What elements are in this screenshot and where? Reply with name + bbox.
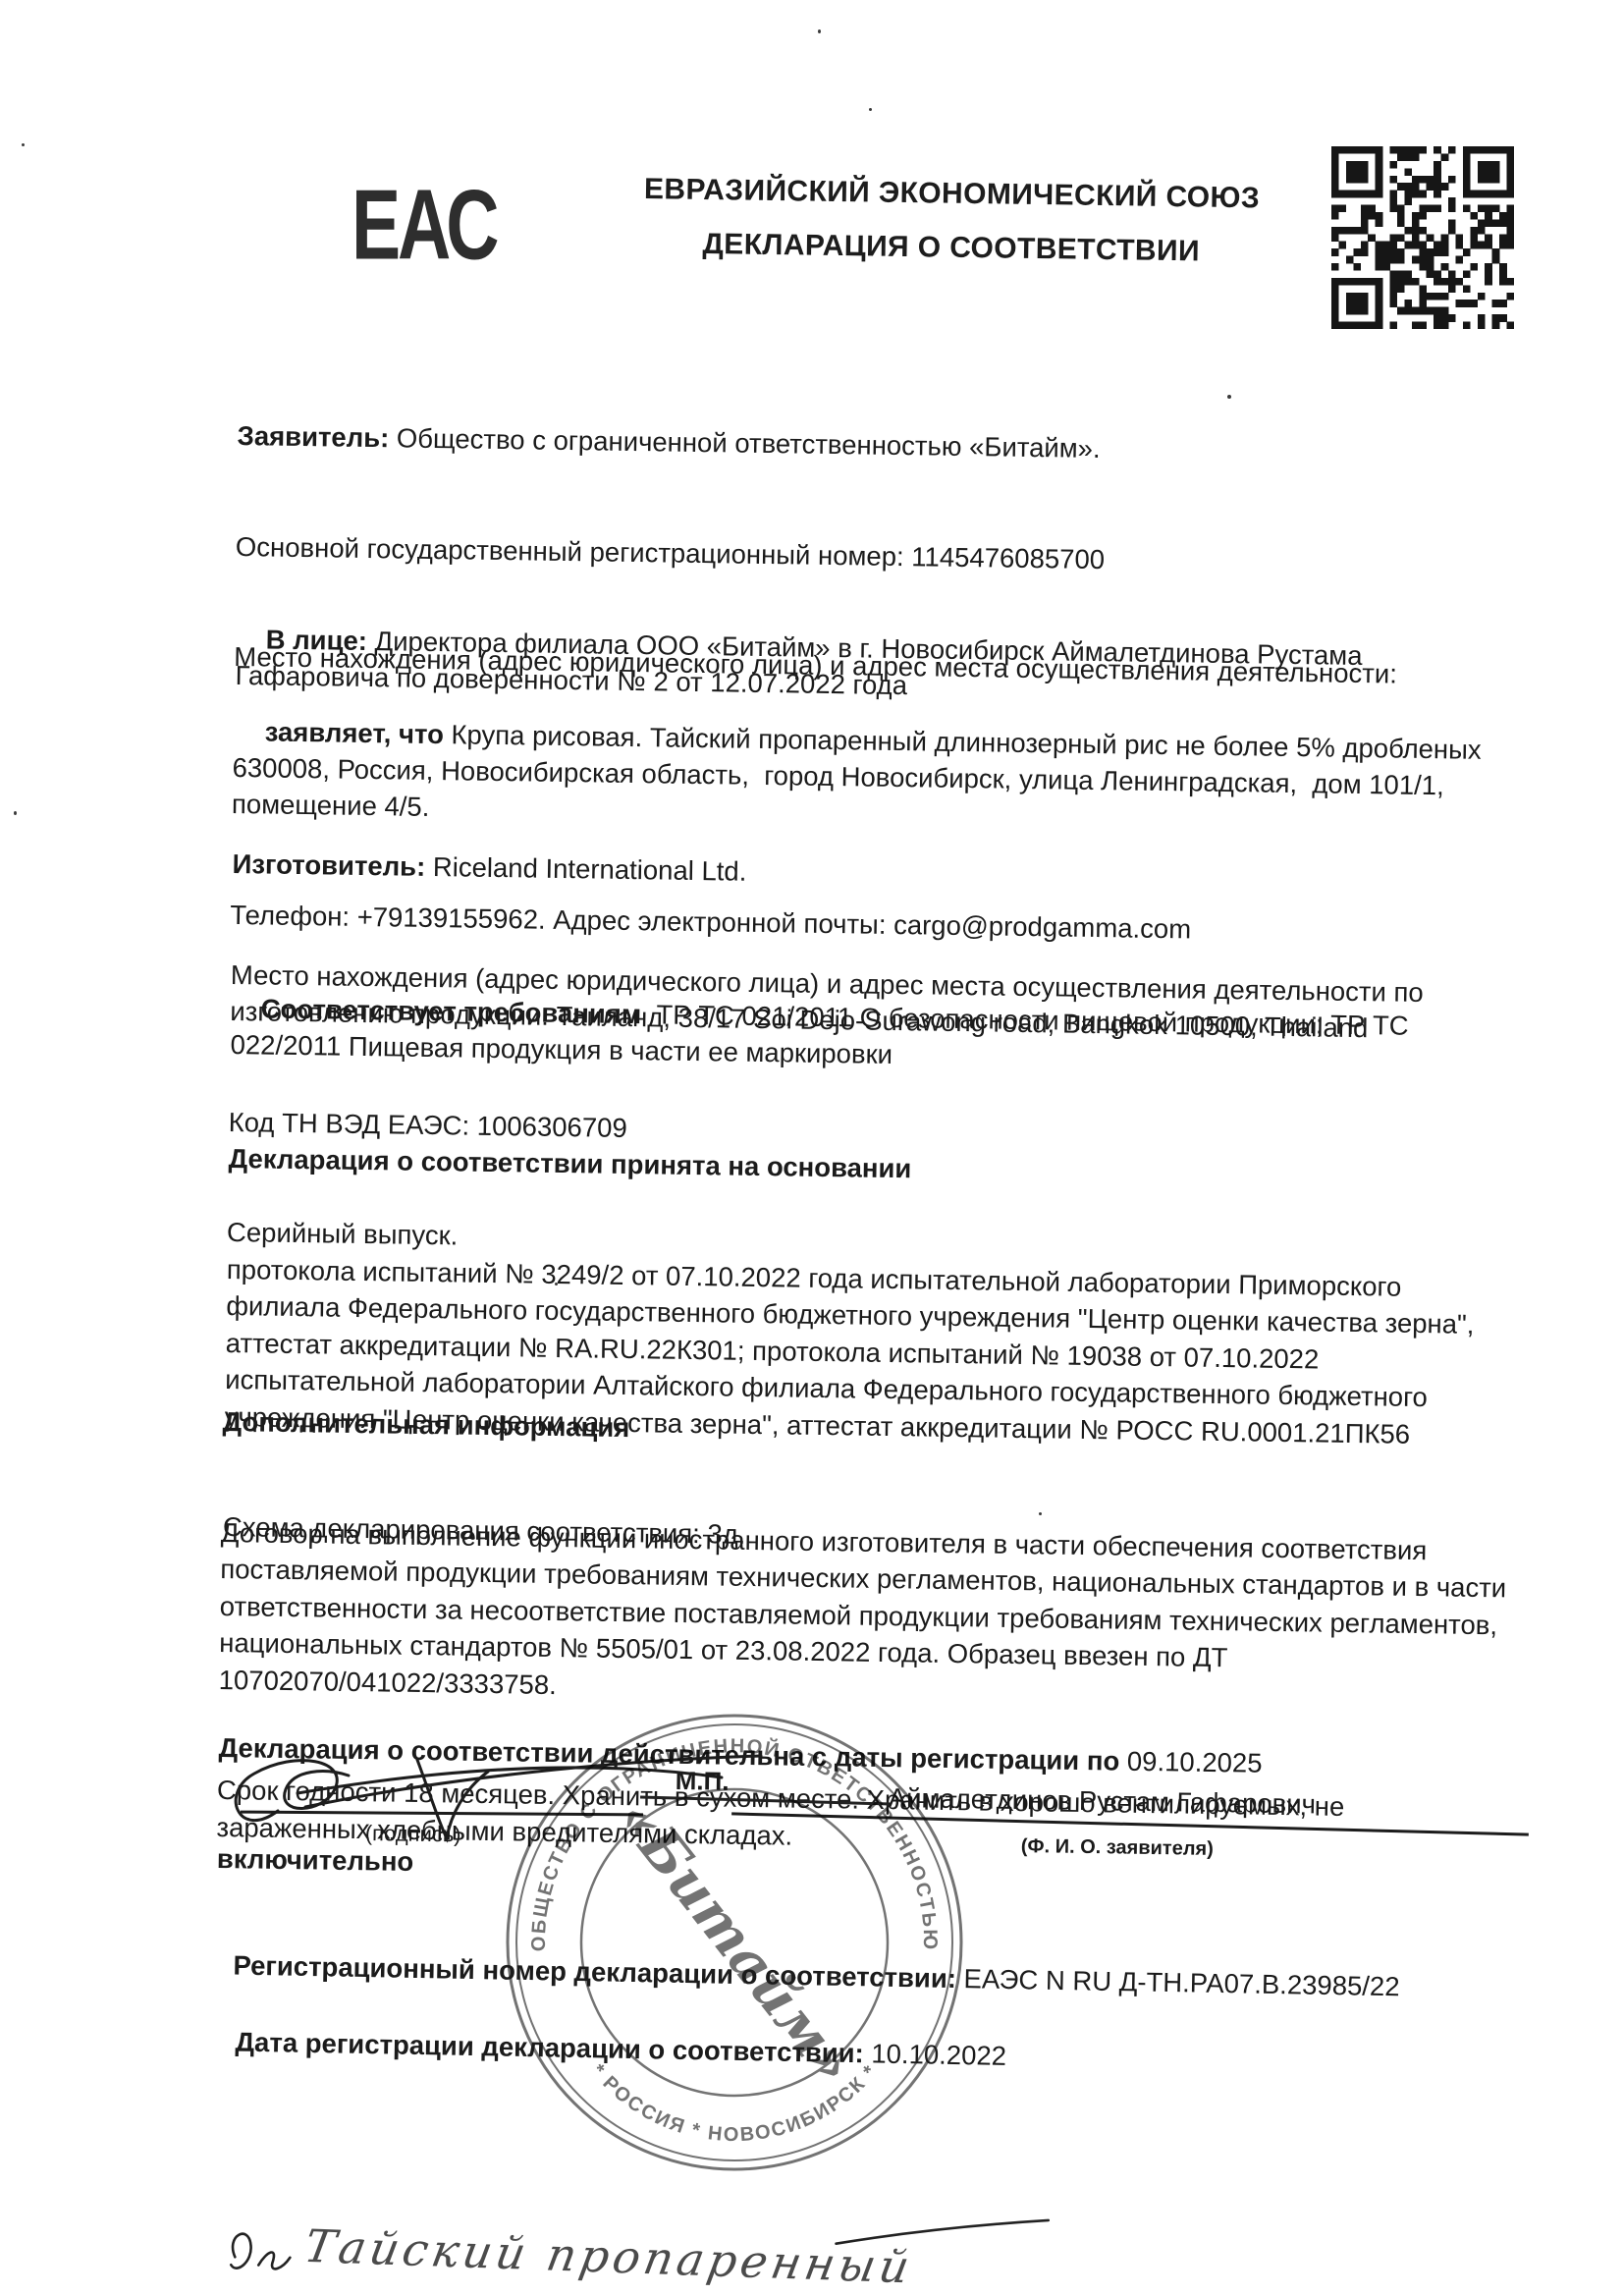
scan-speck (818, 29, 821, 33)
registration-date-label: Дата регистрации декларации о соответств… (235, 2026, 864, 2068)
registration-number-label: Регистрационный номер декларации о соотв… (233, 1949, 956, 1993)
eac-logo: ЕАС (352, 175, 496, 275)
declares-text: Крупа рисовая. Тайский пропаренный длинн… (444, 719, 1482, 765)
handwritten-note: Тайский пропаренный (207, 2196, 1092, 2296)
scan-speck (1227, 395, 1231, 399)
scan-speck (22, 143, 25, 146)
scan-speck (14, 811, 17, 815)
manufacturer-name: Riceland International Ltd. (425, 851, 747, 887)
declarant-caption: (Ф. И. О. заявителя) (1021, 1835, 1214, 1861)
registration-number-value: ЕАЭС N RU Д-TH.РА07.В.23985/22 (956, 1963, 1400, 2001)
validity-date: 09.10.2025 (1119, 1746, 1263, 1778)
declaration-scan-page: ЕАС ЕВРАЗИЙСКИЙ ЭКОНОМИЧЕСКИЙ СОЮЗ ДЕКЛА… (0, 0, 1623, 2296)
scan-speck (1039, 1512, 1042, 1515)
document-header: ЕВРАЗИЙСКИЙ ЭКОНОМИЧЕСКИЙ СОЮЗ ДЕКЛАРАЦИ… (572, 161, 1330, 280)
union-name: ЕВРАЗИЙСКИЙ ЭКОНОМИЧЕСКИЙ СОЮЗ (573, 161, 1330, 226)
scan-speck (869, 108, 872, 111)
applicant-label: Заявитель: (237, 420, 389, 453)
qr-code (1331, 146, 1514, 329)
basis-label: Декларация о соответствии принята на осн… (228, 1140, 1514, 1196)
conformity-label: Соответствует требованиям (260, 993, 641, 1029)
document-title: ДЕКЛАРАЦИЯ О СООТВЕТСТВИИ (572, 215, 1329, 280)
declares-label: заявляет, что (264, 716, 444, 749)
handwritten-note-text: Тайский пропаренный (300, 2219, 917, 2293)
manufacturer-label: Изготовитель: (232, 848, 425, 882)
additional-info-label: Дополнительная информация (222, 1403, 1508, 1459)
registration-date-value: 10.10.2022 (863, 2038, 1006, 2071)
applicant-line: Заявитель: Общество с ограниченной ответ… (237, 417, 1523, 473)
applicant-name: Общество с ограниченной ответственностью… (389, 422, 1101, 464)
representative-label: В лице: (265, 624, 367, 656)
scan-speck (555, 1283, 558, 1285)
applicant-ogrn: Основной государственный регистрационный… (236, 527, 1522, 583)
manufacturer-line: Изготовитель: Riceland International Ltd… (232, 846, 1518, 902)
signature-caption: (подпись) (365, 1821, 461, 1847)
